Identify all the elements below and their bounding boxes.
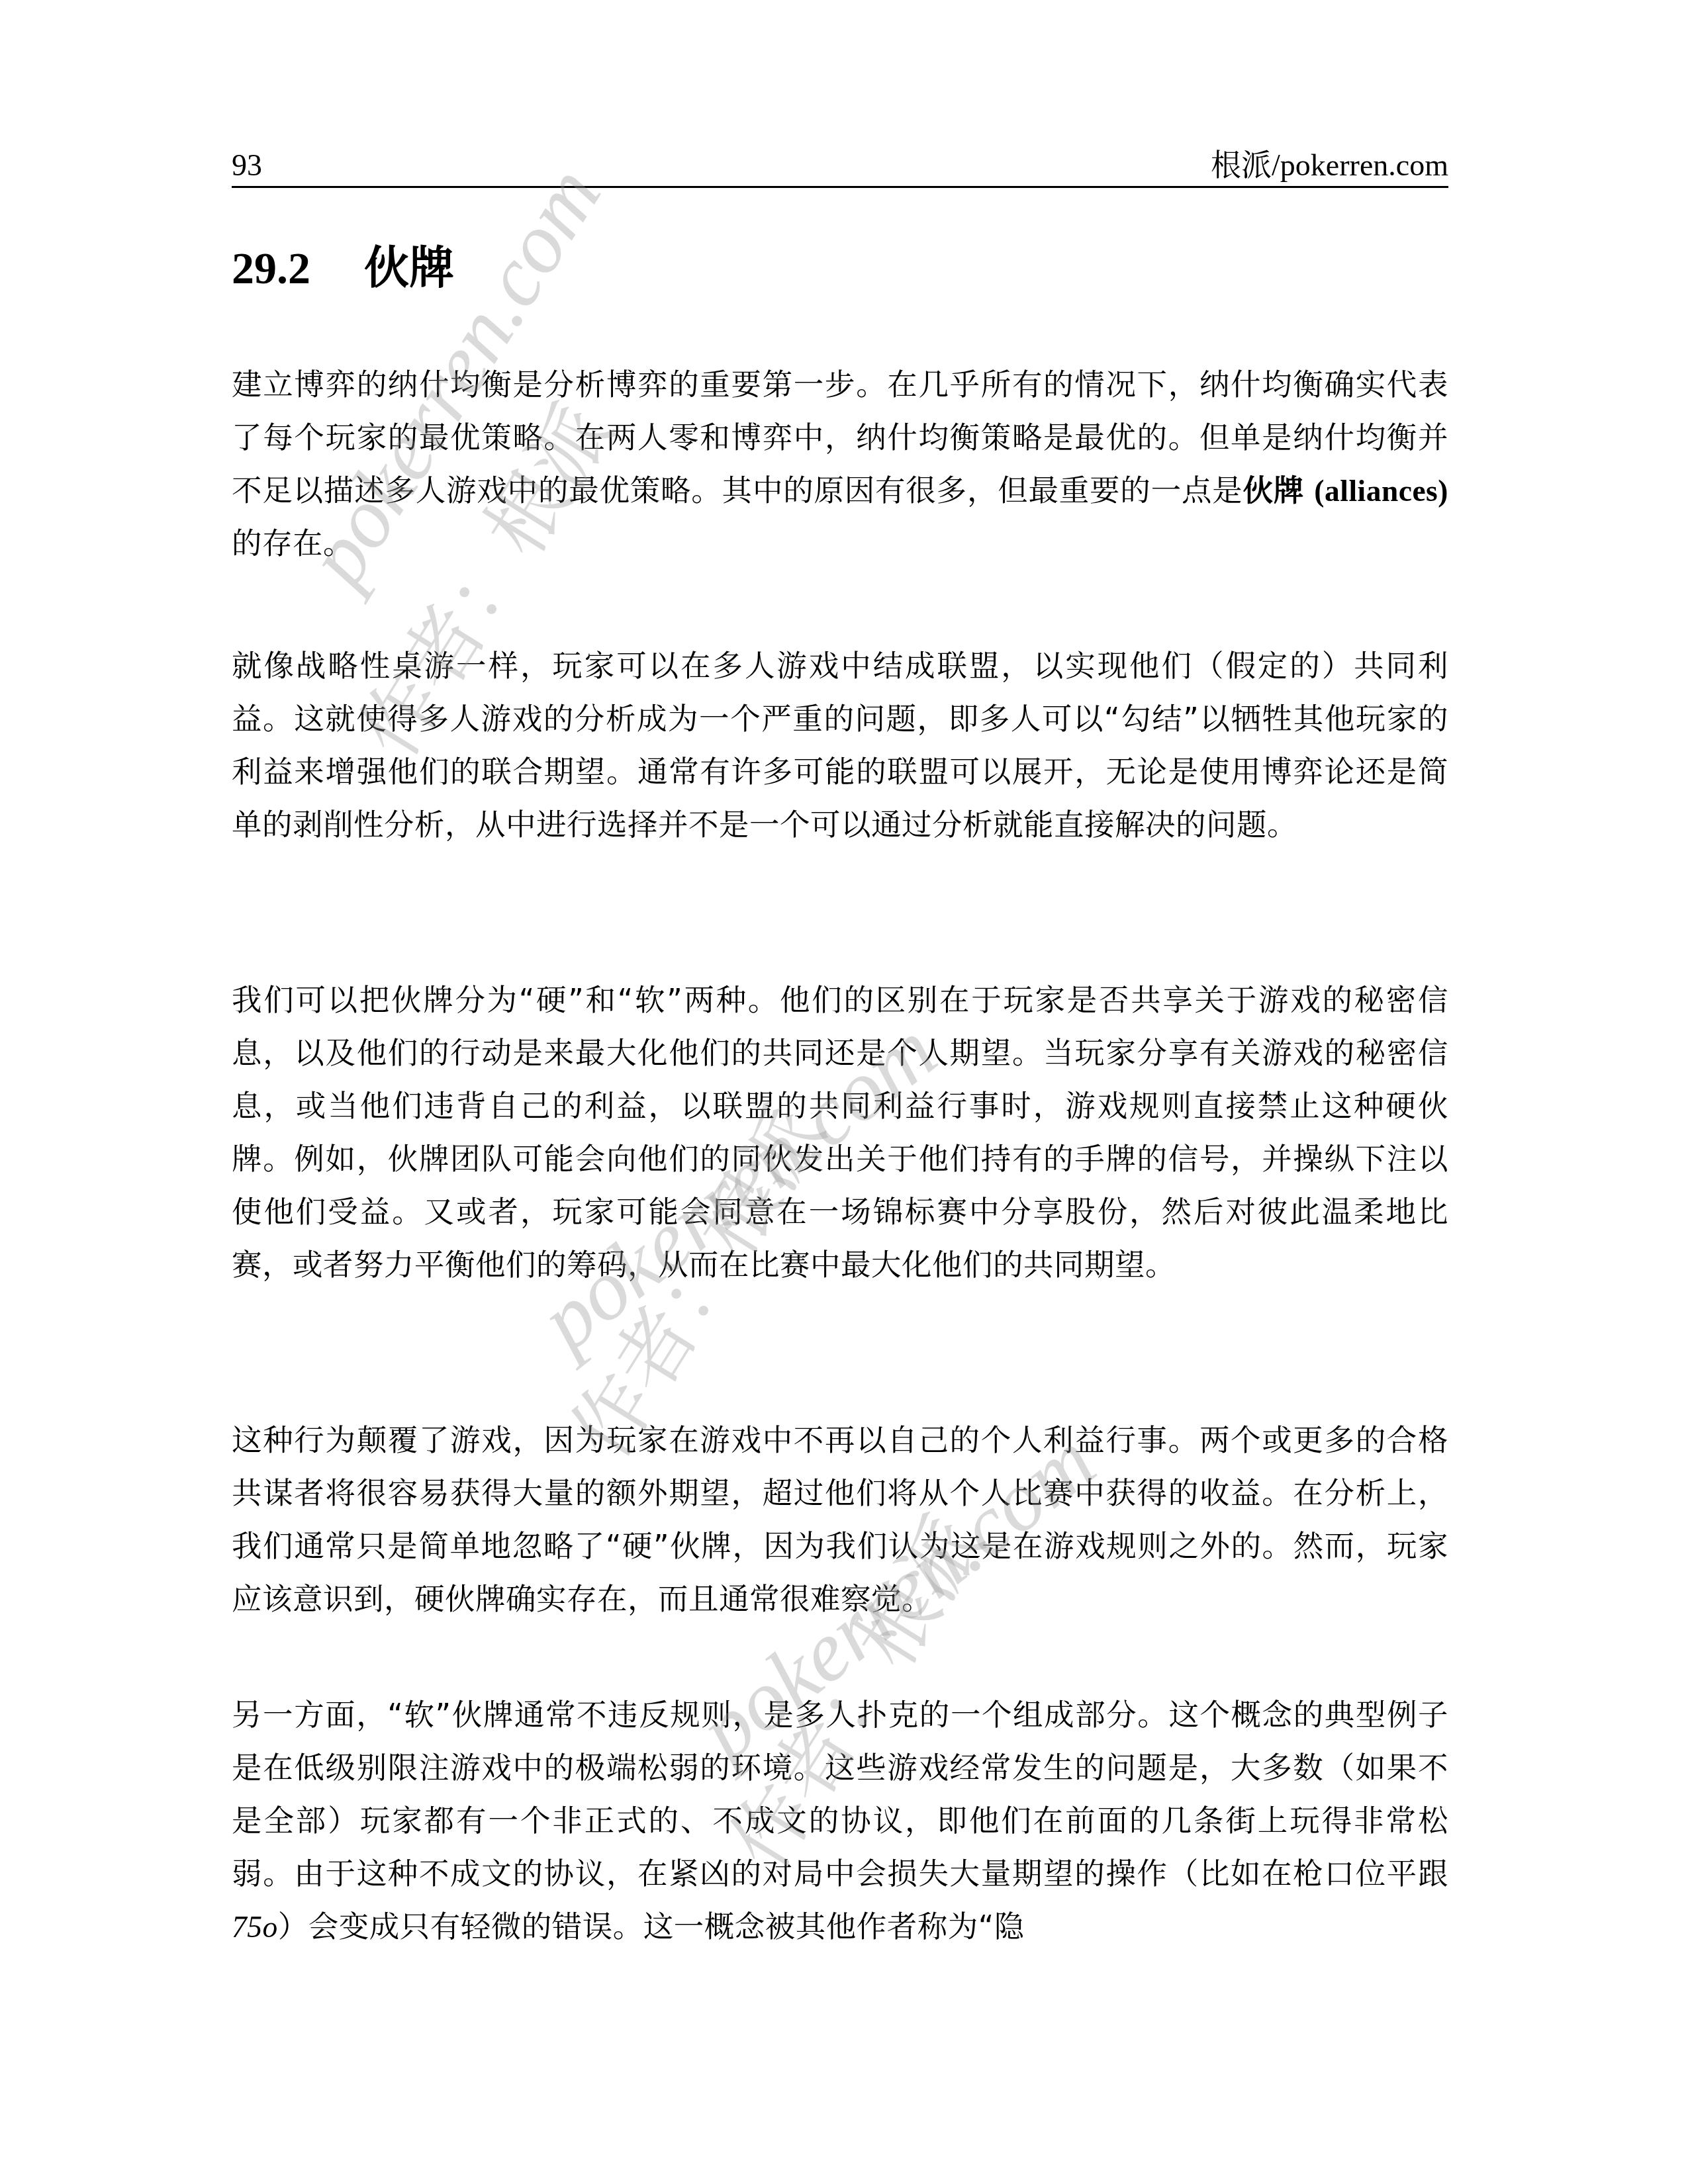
term-alliances-chinese: 伙牌 bbox=[1243, 473, 1305, 508]
paragraph-1-end: 的存在。 bbox=[232, 526, 353, 561]
running-header: 93 根派/pokerren.com bbox=[232, 147, 1448, 184]
term-alliances-english: (alliances) bbox=[1314, 474, 1448, 508]
paragraph-1: 建立博弈的纳什均衡是分析博弈的重要第一步。在几乎所有的情况下，纳什均衡确实代表了… bbox=[232, 359, 1448, 570]
paragraph-5-text: 另一方面，“软”伙牌通常不违反规则，是多人扑克的一个组成部分。这个概念的典型例子… bbox=[232, 1698, 1448, 1891]
paragraph-5-end: ）会变成只有轻微的错误。这一概念被其他作者称为“隐 bbox=[278, 1909, 1025, 1944]
document-page: 93 根派/pokerren.com 29.2伙牌 建立博弈的纳什均衡是分析博弈… bbox=[232, 0, 1448, 2184]
paragraph-2: 就像战略性桌游一样，玩家可以在多人游戏中结成联盟，以实现他们（假定的）共同利益。… bbox=[232, 640, 1448, 852]
hand-notation: 75o bbox=[232, 1910, 278, 1944]
header-site-name: 根派/pokerren.com bbox=[1211, 147, 1448, 184]
paragraph-3: 我们可以把伙牌分为“硬”和“软”两种。他们的区别在于玩家是否共享关于游戏的秘密信… bbox=[232, 974, 1448, 1292]
header-rule bbox=[232, 186, 1448, 188]
section-number: 29.2 bbox=[232, 238, 364, 298]
page-number: 93 bbox=[232, 147, 262, 184]
paragraph-5: 另一方面，“软”伙牌通常不违反规则，是多人扑克的一个组成部分。这个概念的典型例子… bbox=[232, 1689, 1448, 1954]
section-heading: 29.2伙牌 bbox=[232, 238, 454, 298]
paragraph-4: 这种行为颠覆了游戏，因为玩家在游戏中不再以自己的个人利益行事。两个或更多的合格共… bbox=[232, 1414, 1448, 1626]
section-title: 伙牌 bbox=[364, 242, 454, 295]
